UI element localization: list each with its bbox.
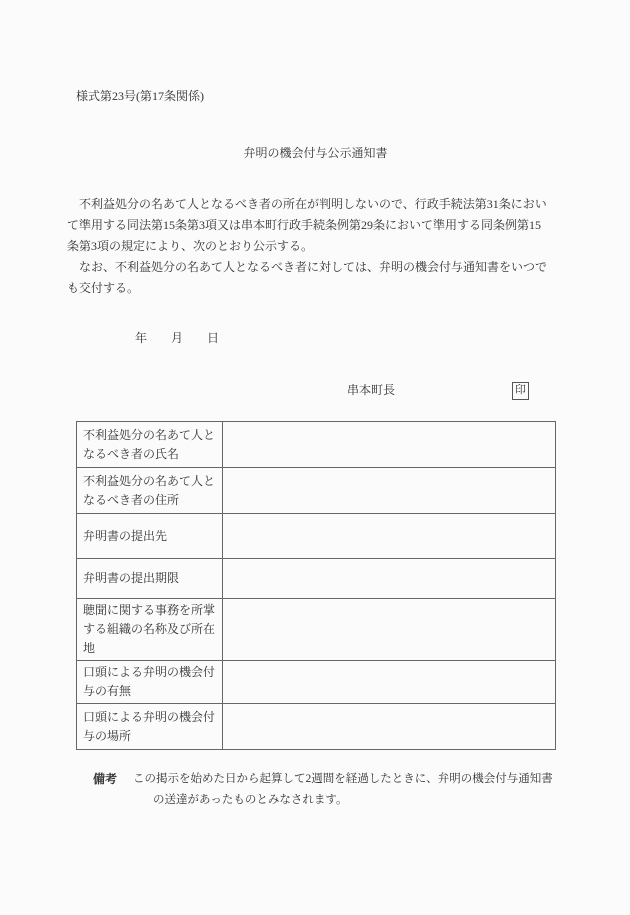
row-value [223,661,556,704]
row-label: 弁明書の提出期限 [77,559,223,599]
row-label: 口頭による弁明の機会付 与の有無 [77,661,223,704]
row-value [223,514,556,559]
seal-stamp: 印 [512,382,529,400]
signature-row: 串本町長 印 [67,380,564,401]
table-row-submission-deadline: 弁明書の提出期限 [77,559,556,599]
row-value [223,559,556,599]
form-number: 様式第23号(第17条関係) [76,86,564,107]
remark: 備考 この掲示を始めた日から起算して2週間を経過したときに、弁明の機会付与通知書… [67,769,564,811]
table-row-addressee-address: 不利益処分の名あて人と なるべき者の住所 [77,468,556,514]
date-line: 年 月 日 [135,328,564,349]
body-paragraph-1: 不利益処分の名あて人となるべき者の所在が判明しないので、行政手続法第31条におい… [67,194,564,257]
form-table: 不利益処分の名あて人と なるべき者の氏名 不利益処分の名あて人と なるべき者の住… [76,421,556,750]
row-value [223,599,556,661]
table-row-addressee-name: 不利益処分の名あて人と なるべき者の氏名 [77,422,556,468]
table-row-oral-location: 口頭による弁明の機会付 与の場所 [77,704,556,750]
remark-text: この掲示を始めた日から起算して2週間を経過したときに、弁明の機会付与通知書 の送… [133,769,564,811]
table-row-organization: 聴聞に関する事務を所掌 する組織の名称及び所在 地 [77,599,556,661]
row-value [223,468,556,514]
document-page: 様式第23号(第17条関係) 弁明の機会付与公示通知書 不利益処分の名あて人とな… [0,0,630,915]
document-title: 弁明の機会付与公示通知書 [67,143,564,164]
row-label: 口頭による弁明の機会付 与の場所 [77,704,223,750]
row-label: 不利益処分の名あて人と なるべき者の住所 [77,468,223,514]
remark-label: 備考 [93,769,117,811]
row-label: 不利益処分の名あて人と なるべき者の氏名 [77,422,223,468]
row-value [223,704,556,750]
issuer-name: 串本町長 [347,380,395,401]
row-value [223,422,556,468]
row-label: 聴聞に関する事務を所掌 する組織の名称及び所在 地 [77,599,223,661]
table-row-submission-destination: 弁明書の提出先 [77,514,556,559]
row-label: 弁明書の提出先 [77,514,223,559]
table-row-oral-opportunity: 口頭による弁明の機会付 与の有無 [77,661,556,704]
body-paragraph-2: なお、不利益処分の名あて人となるべき者に対しては、弁明の機会付与通知書をいつで … [67,257,564,299]
